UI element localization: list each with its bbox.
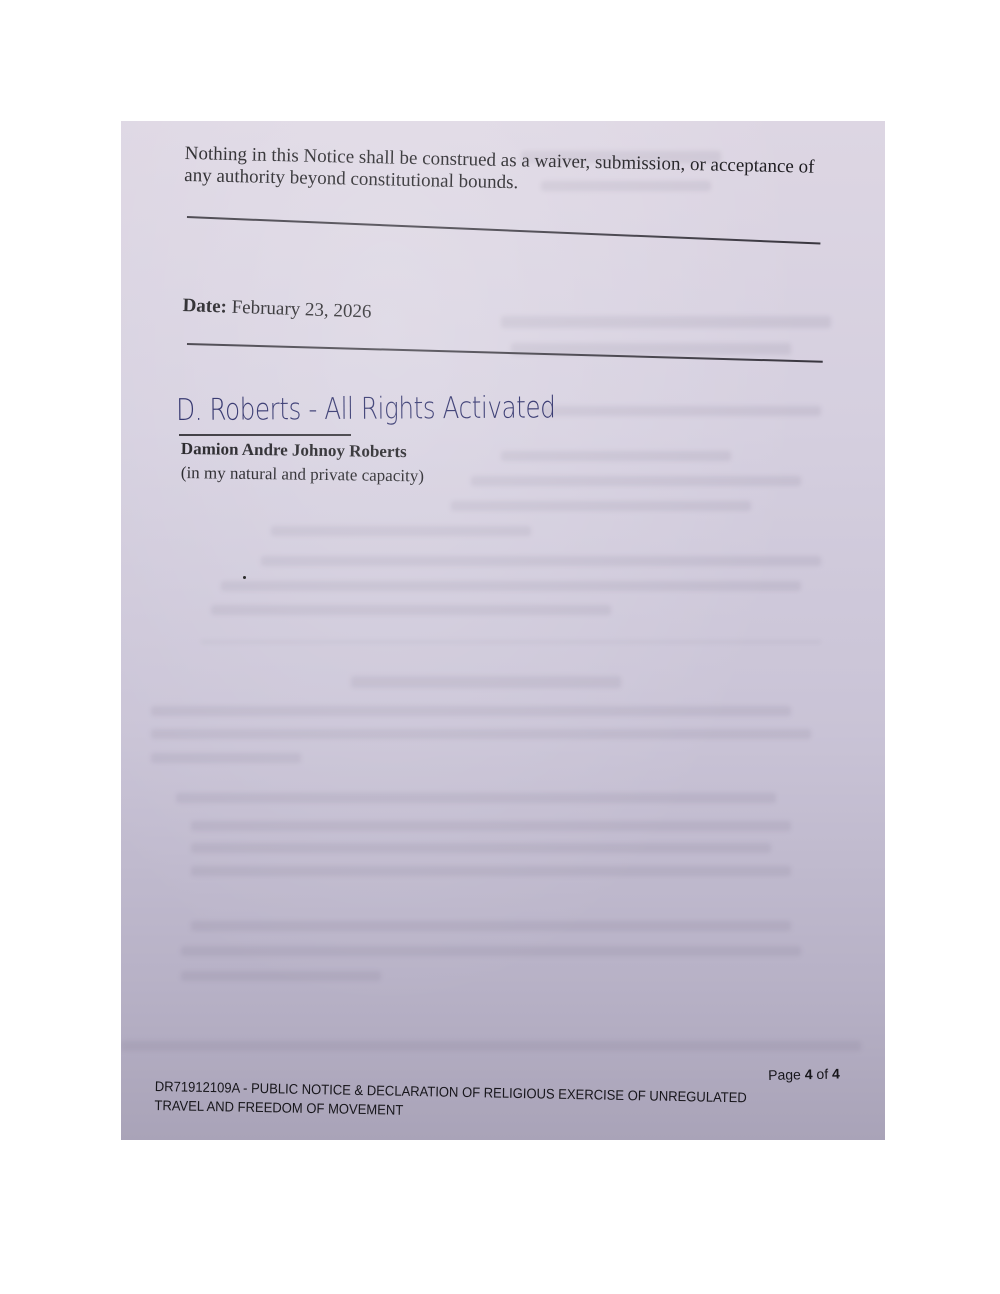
signer-capacity: (in my natural and private capacity) bbox=[181, 463, 424, 486]
bleed-through-texture bbox=[451, 501, 751, 511]
bleed-through-texture bbox=[151, 753, 301, 763]
page-number: Page 4 of 4 bbox=[768, 1065, 840, 1082]
date-line: Date: February 23, 2026 bbox=[182, 295, 372, 324]
divider bbox=[187, 216, 821, 244]
signature-line bbox=[179, 434, 351, 436]
bleed-through-texture bbox=[471, 476, 801, 486]
date-label: Date: bbox=[182, 295, 227, 318]
bleed-through-texture bbox=[191, 821, 791, 831]
bleed-through-texture bbox=[176, 793, 776, 803]
bleed-through-texture bbox=[501, 316, 831, 328]
bleed-through-texture bbox=[191, 866, 791, 876]
handwritten-signature: D. Roberts - All Rights Activated bbox=[176, 390, 555, 428]
bleed-through-texture bbox=[121, 1041, 861, 1051]
bleed-through-texture bbox=[271, 526, 531, 536]
date-value: February 23, 2026 bbox=[231, 297, 371, 323]
bleed-through-texture bbox=[191, 843, 771, 853]
bleed-through-texture bbox=[221, 581, 801, 591]
bleed-through-texture bbox=[151, 706, 791, 716]
bleed-through-texture bbox=[201, 641, 821, 643]
bleed-through-texture bbox=[501, 451, 731, 461]
page-total: 4 bbox=[832, 1065, 840, 1081]
page-prefix: Page bbox=[768, 1066, 801, 1083]
notice-paragraph: Nothing in this Notice shall be construe… bbox=[184, 143, 825, 201]
bleed-through-texture bbox=[151, 729, 811, 739]
bleed-through-texture bbox=[351, 676, 621, 688]
bleed-through-texture bbox=[191, 921, 791, 931]
signer-name: Damion Andre Johnoy Roberts bbox=[181, 439, 407, 462]
document-page: Nothing in this Notice shall be construe… bbox=[121, 121, 885, 1140]
page-current: 4 bbox=[805, 1066, 813, 1082]
footer-document-title: DR71912109A - PUBLIC NOTICE & DECLARATIO… bbox=[154, 1077, 787, 1127]
bleed-through-texture bbox=[211, 605, 611, 615]
bleed-through-texture bbox=[181, 971, 381, 981]
bleed-through-texture bbox=[541, 406, 821, 416]
ink-speck bbox=[243, 576, 246, 579]
page-of: of bbox=[816, 1066, 828, 1082]
bleed-through-texture bbox=[181, 946, 801, 956]
bleed-through-texture bbox=[261, 556, 821, 566]
